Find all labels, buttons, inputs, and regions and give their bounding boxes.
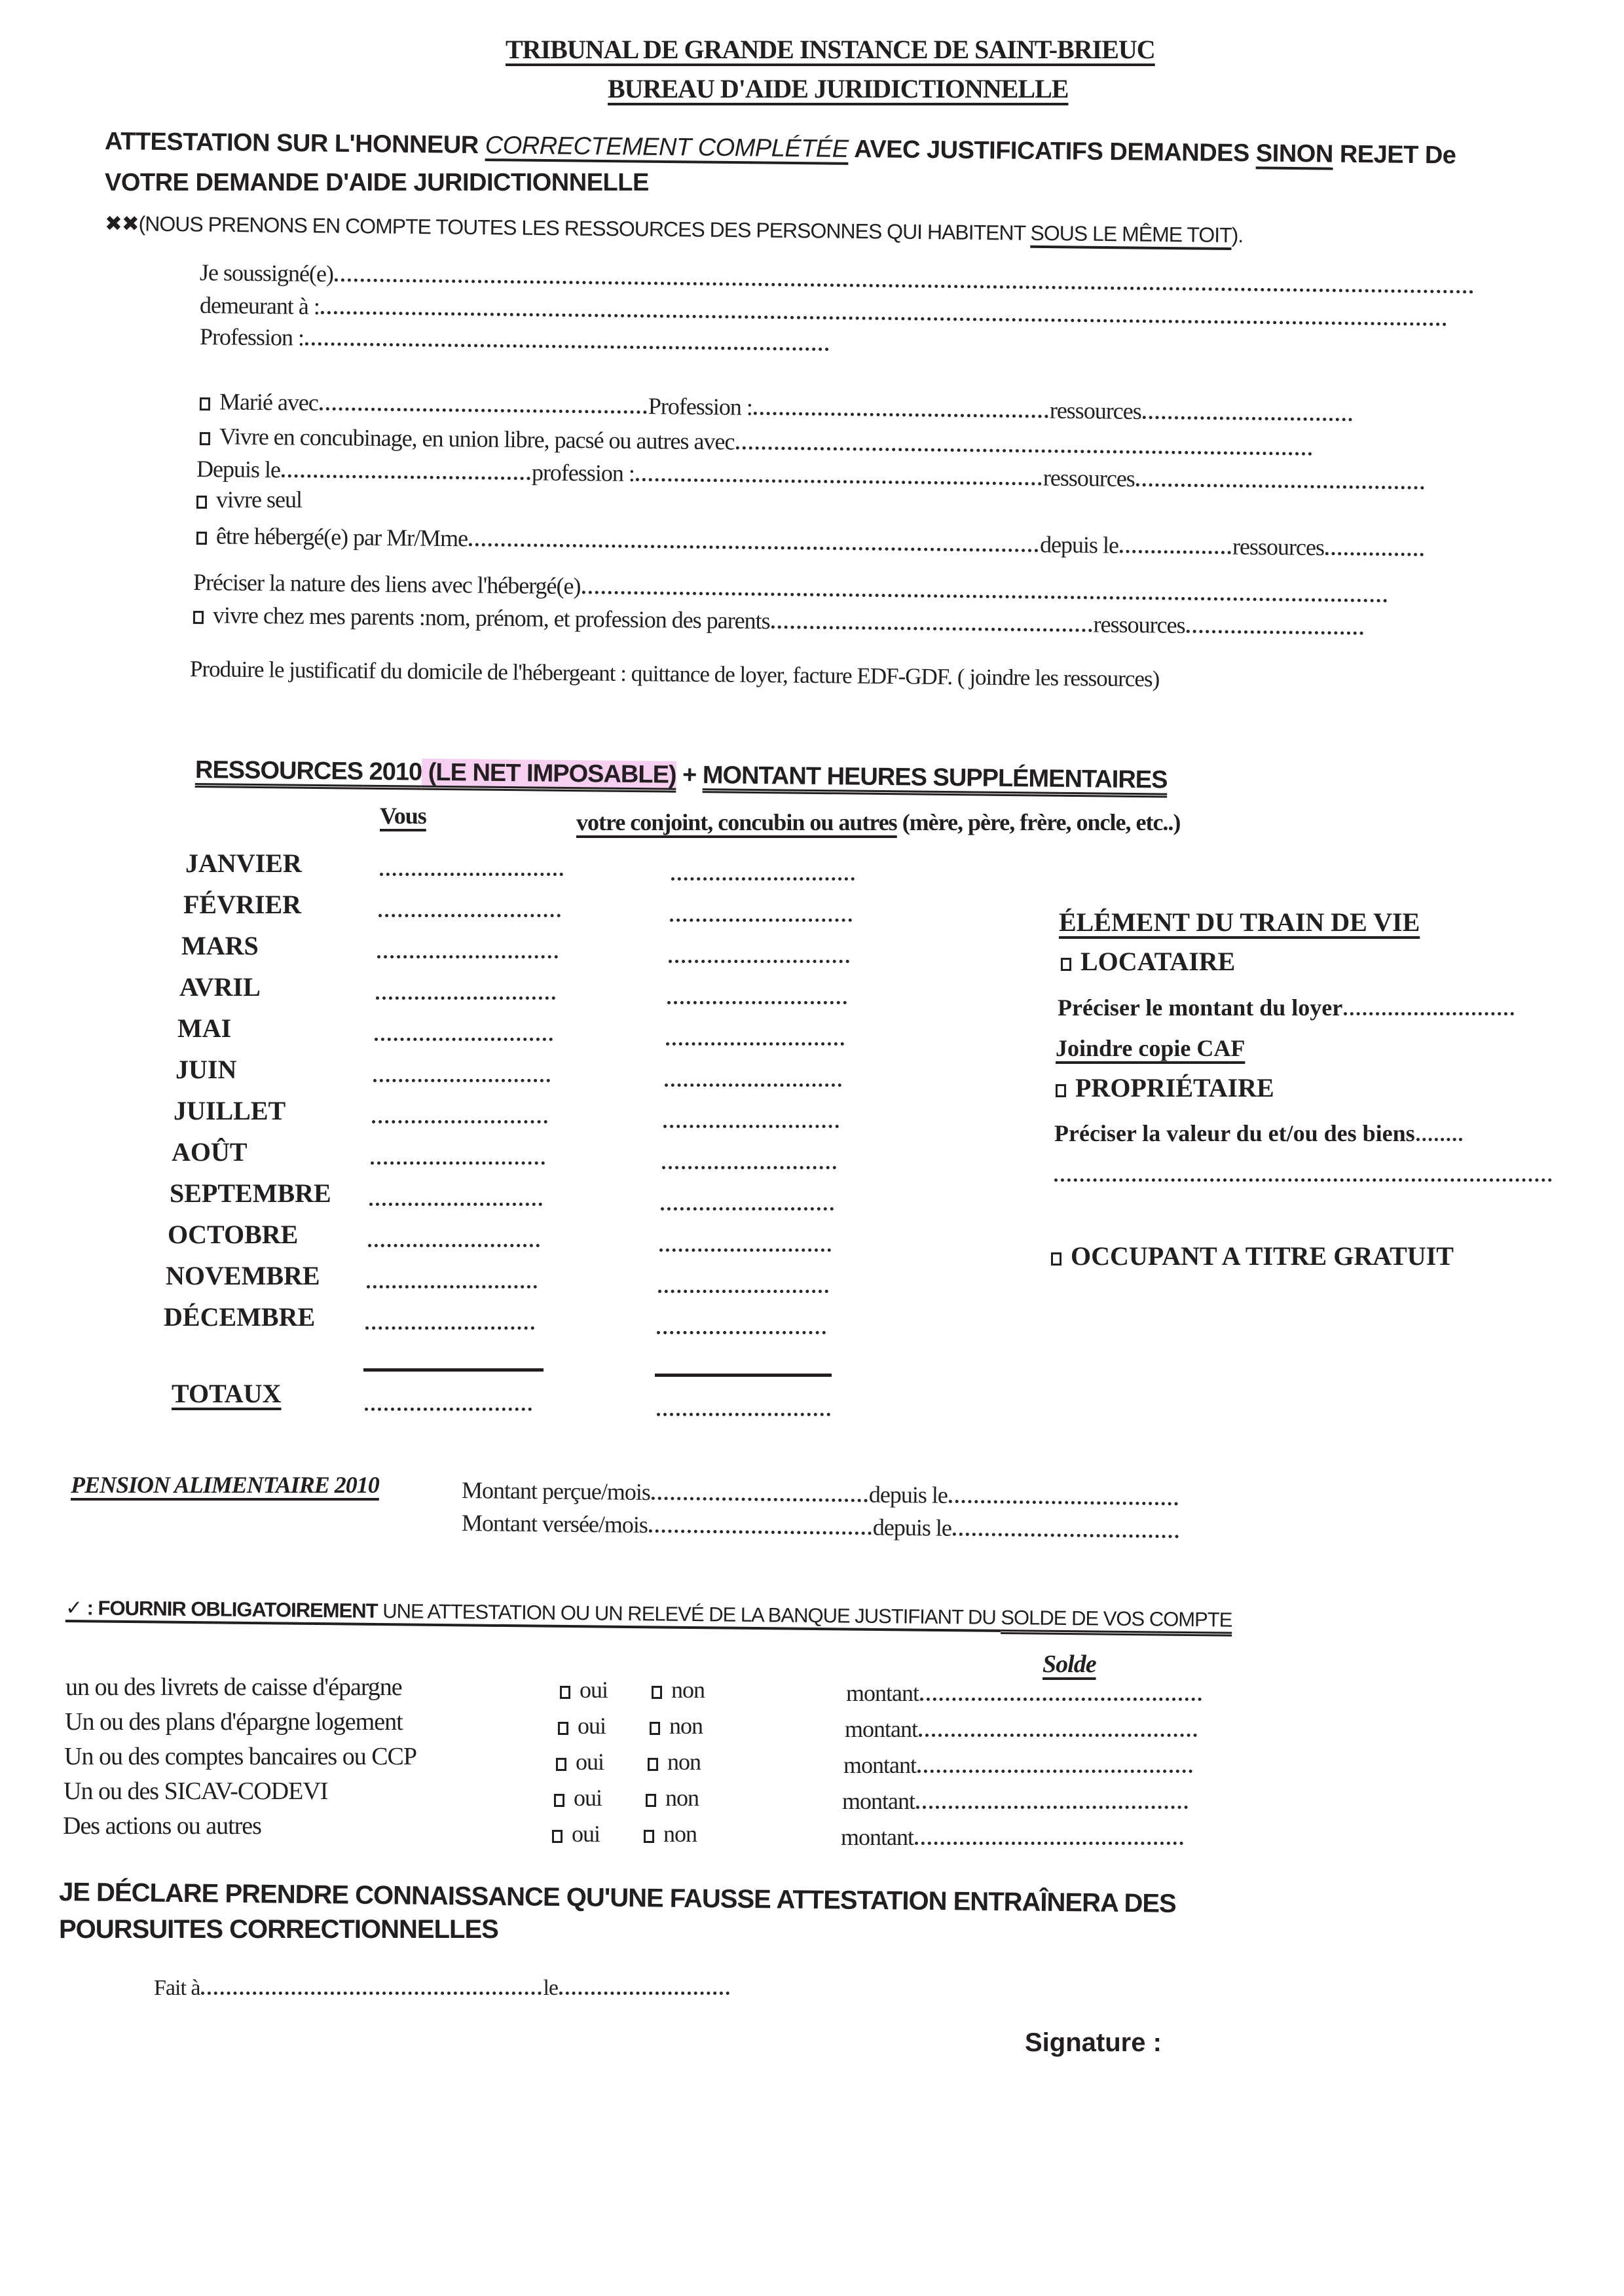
since-profession-field[interactable] (636, 478, 1042, 485)
total-rule-partner (655, 1374, 832, 1377)
resources-title-year: RESSOURCES 2010 (195, 756, 422, 786)
hosted-resources-label: ressources (1232, 534, 1324, 560)
amount-label: montant (845, 1716, 917, 1742)
yes-label: oui (576, 1749, 604, 1775)
month-you-field[interactable] (365, 1326, 534, 1330)
alone-label: vivre seul (216, 486, 302, 513)
totals-label: TOTAUX (172, 1378, 281, 1409)
no-label: non (665, 1785, 699, 1811)
no-checkbox[interactable] (650, 1722, 660, 1735)
bureau-title: BUREAU D'AIDE JURIDICTIONNELLE (608, 73, 1068, 104)
month-you-field[interactable] (369, 1203, 542, 1206)
account-yes-option[interactable]: oui (558, 1712, 606, 1740)
since-resources-field[interactable] (1136, 483, 1424, 490)
alone-checkbox[interactable] (196, 496, 207, 509)
month-partner-field[interactable] (659, 1248, 831, 1252)
month-you-field[interactable] (377, 955, 558, 958)
account-yes-option[interactable]: oui (556, 1748, 604, 1776)
note-end: ). (1231, 223, 1243, 247)
bank-notice-solde: SOLDE DE VOS COMPTE (1001, 1606, 1232, 1631)
alimony-paid-row: Montant versée/moisdepuis le (462, 1509, 1180, 1544)
account-no-option[interactable]: non (650, 1712, 703, 1740)
free-occupant-checkbox[interactable] (1051, 1252, 1061, 1266)
no-checkbox[interactable] (646, 1794, 656, 1807)
account-label: Un ou des plans d'épargne logement (65, 1707, 403, 1736)
lifestyle-title: ÉLÉMENT DU TRAIN DE VIE (1059, 907, 1420, 938)
resources-title-plus: + (676, 761, 703, 789)
yes-checkbox[interactable] (552, 1830, 563, 1843)
month-label: JUIN (175, 1054, 236, 1085)
month-partner-field[interactable] (665, 1084, 841, 1087)
married-label: Marié avec (219, 388, 318, 416)
resources-title: RESSOURCES 2010 (LE NET IMPOSABLE) + MON… (195, 756, 1168, 795)
intro-text: AVEC JUSTIFICATIFS DEMANDES (848, 136, 1256, 168)
account-no-option[interactable]: non (644, 1820, 697, 1848)
month-you-field[interactable] (378, 914, 561, 917)
month-partner-field[interactable] (671, 877, 855, 881)
yes-checkbox[interactable] (556, 1758, 566, 1771)
intro-line1: ATTESTATION SUR L'HONNEUR CORRECTEMENT C… (105, 128, 1456, 170)
hosted-row: être hébergé(e) par Mr/Mmedepuis leresso… (196, 522, 1425, 562)
account-yes-option[interactable]: oui (560, 1676, 608, 1704)
month-partner-field[interactable] (670, 919, 852, 922)
hosted-checkbox[interactable] (196, 532, 207, 545)
hosted-label: être hébergé(e) par Mr/Mme (216, 522, 468, 551)
place-date-row: Fait àle (154, 1976, 731, 2001)
parents-checkbox[interactable] (193, 611, 204, 624)
col-partner-header: votre conjoint, concubin ou autres (mère… (576, 809, 1180, 836)
proof-note: Produire le justificatif du domicile de … (190, 656, 1160, 692)
month-you-field[interactable] (376, 996, 555, 1000)
month-partner-field[interactable] (662, 1166, 836, 1169)
month-partner-field[interactable] (658, 1290, 828, 1293)
intro-note: ✖✖(NOUS PRENONS EN COMPTE TOUTES LES RES… (105, 211, 1244, 247)
yes-label: oui (572, 1821, 600, 1847)
paid-field[interactable] (649, 1529, 872, 1535)
yes-checkbox[interactable] (554, 1794, 564, 1807)
intro-emphasis: CORRECTEMENT COMPLÉTÉE (485, 132, 849, 163)
place-field[interactable] (201, 1992, 542, 1995)
yes-checkbox[interactable] (560, 1686, 570, 1699)
amount-label: montant (846, 1680, 919, 1706)
property-value-label: Préciser la valeur du et/ou des biens (1054, 1120, 1415, 1146)
hosted-since-label: depuis le (1040, 531, 1118, 558)
rent-label: Préciser le montant du loyer (1058, 994, 1342, 1021)
account-amount-field[interactable]: montant (843, 1751, 1194, 1779)
account-label: Un ou des comptes bancaires ou CCP (64, 1742, 416, 1771)
account-label: un ou des livrets de caisse d'épargne (65, 1673, 402, 1702)
rent-field[interactable]: Préciser le montant du loyer (1058, 994, 1515, 1021)
parents-label: vivre chez mes parents :nom, prénom, et … (213, 602, 770, 634)
address-label: demeurant à : (200, 292, 320, 319)
account-amount-field[interactable]: montant (841, 1823, 1185, 1851)
received-label: Montant perçue/mois (462, 1477, 650, 1505)
no-label: non (667, 1749, 701, 1775)
month-label: MAI (177, 1013, 231, 1044)
account-yes-option[interactable]: oui (552, 1820, 600, 1848)
intro-line2: VOTRE DEMANDE D'AIDE JURIDICTIONNELLE (105, 169, 649, 197)
parents-field[interactable] (771, 625, 1092, 632)
no-checkbox[interactable] (652, 1686, 662, 1699)
account-label: Des actions ou autres (63, 1812, 261, 1840)
no-label: non (663, 1821, 697, 1847)
month-label: NOVEMBRE (166, 1260, 320, 1291)
alimony-received-row: Montant perçue/moisdepuis le (462, 1476, 1179, 1511)
concubinage-field[interactable] (735, 446, 1312, 456)
month-you-field[interactable] (372, 1120, 547, 1123)
paid-since-label: depuis le (873, 1514, 951, 1541)
concubinage-label: Vivre en concubinage, en union libre, pa… (219, 423, 735, 454)
bank-notice-strong: ✓ : FOURNIR OBLIGATOIREMENT (65, 1596, 378, 1622)
relation-field[interactable] (581, 591, 1387, 602)
signature-area[interactable] (1179, 2016, 1519, 2115)
note-text: ✖✖(NOUS PRENONS EN COMPTE TOUTES LES RES… (105, 211, 1031, 245)
declaration-line1: JE DÉCLARE PRENDRE CONNAISSANCE QU'UNE F… (59, 1878, 1176, 1919)
month-label: OCTOBRE (168, 1219, 298, 1250)
solde-header: Solde (1043, 1650, 1096, 1679)
no-checkbox[interactable] (644, 1830, 654, 1843)
hosted-since-field[interactable] (1120, 550, 1231, 555)
married-profession-field[interactable] (754, 412, 1048, 418)
concubinage-checkbox[interactable] (200, 432, 210, 445)
note-underlined: SOUS LE MÊME TOIT (1030, 221, 1232, 247)
amount-label: montant (841, 1824, 913, 1850)
property-value-field[interactable]: Préciser la valeur du et/ou des biens (1054, 1120, 1464, 1147)
since-label: Depuis le (196, 456, 280, 483)
account-no-option[interactable]: non (648, 1748, 701, 1776)
alimony-title: PENSION ALIMENTAIRE 2010 (71, 1471, 379, 1499)
parents-resources-field[interactable] (1186, 630, 1363, 635)
tenant-checkbox[interactable] (1061, 958, 1071, 971)
free-occupant-option: OCCUPANT A TITRE GRATUIT (1051, 1241, 1454, 1271)
married-with-field[interactable] (320, 407, 647, 414)
month-you-field[interactable] (380, 873, 563, 876)
tenant-label: LOCATAIRE (1080, 947, 1235, 976)
col-you-header: Vous (380, 802, 426, 829)
month-you-field[interactable] (373, 1079, 550, 1082)
owner-label: PROPRIÉTAIRE (1075, 1073, 1274, 1102)
month-you-field[interactable] (375, 1038, 553, 1041)
alone-row: vivre seul (196, 486, 302, 513)
month-partner-field[interactable] (667, 1001, 847, 1004)
declaration-line2: POURSUITES CORRECTIONNELLES (59, 1915, 498, 1944)
total-you-field[interactable] (365, 1408, 532, 1411)
month-partner-field[interactable] (657, 1331, 826, 1334)
court-title: TRIBUNAL DE GRANDE INSTANCE DE SAINT-BRI… (506, 34, 1155, 65)
intro-text: ATTESTATION SUR L'HONNEUR (105, 128, 485, 159)
received-field[interactable] (652, 1497, 868, 1502)
paid-label: Montant versée/mois (462, 1510, 648, 1538)
intro-sinon: SINON (1256, 139, 1333, 168)
month-partner-field[interactable] (669, 960, 849, 963)
received-since-label: depuis le (869, 1482, 948, 1508)
hosted-resources-field[interactable] (1325, 552, 1424, 556)
amount-label: montant (842, 1788, 915, 1814)
total-partner-field[interactable] (657, 1413, 830, 1416)
married-row: Marié avecProfession :ressources (200, 388, 1354, 427)
account-no-option[interactable]: non (652, 1676, 705, 1704)
total-rule-you (363, 1368, 544, 1372)
married-checkbox[interactable] (200, 397, 210, 410)
bank-notice-text: UNE ATTESTATION OU UN RELEVÉ DE LA BANQU… (377, 1599, 1001, 1629)
intro-text: REJET De (1333, 141, 1456, 170)
month-label: FÉVRIER (183, 889, 301, 920)
month-partner-field[interactable] (663, 1125, 839, 1128)
account-yes-option[interactable]: oui (554, 1784, 602, 1812)
yes-checkbox[interactable] (558, 1722, 568, 1735)
col-partner-note: (mère, père, frère, oncle, etc..) (897, 809, 1181, 835)
owner-checkbox[interactable] (1056, 1084, 1066, 1097)
account-amount-field[interactable]: montant (845, 1715, 1198, 1743)
paid-since-field[interactable] (953, 1533, 1179, 1539)
resources-title-overtime: MONTANT HEURES SUPPLÉMENTAIRES (703, 761, 1168, 793)
month-label: JANVIER (185, 848, 302, 879)
relation-label: Préciser la nature des liens avec l'hébe… (193, 569, 581, 599)
since-resources-label: ressources (1043, 465, 1135, 492)
since-profession-label: profession : (532, 459, 635, 486)
parents-resources-label: ressources (1093, 611, 1185, 638)
month-label: AVRIL (179, 972, 261, 1002)
month-label: SEPTEMBRE (170, 1178, 331, 1209)
free-occupant-label: OCCUPANT A TITRE GRATUIT (1071, 1241, 1454, 1271)
date-field[interactable] (559, 1992, 729, 1995)
yes-label: oui (578, 1713, 606, 1739)
resources-title-net: (LE NET IMPOSABLE) (422, 759, 676, 789)
no-checkbox[interactable] (648, 1758, 658, 1771)
place-label: Fait à (154, 1976, 200, 2000)
bank-notice: ✓ : FOURNIR OBLIGATOIREMENT UNE ATTESTAT… (65, 1596, 1232, 1632)
month-partner-field[interactable] (661, 1207, 834, 1211)
hosted-by-field[interactable] (469, 543, 1039, 552)
month-label: JUILLET (174, 1095, 286, 1126)
signature-label: Signature : (1025, 2028, 1162, 2058)
profession-field[interactable]: Profession : (200, 323, 830, 357)
yes-label: oui (574, 1785, 602, 1811)
month-you-field[interactable] (367, 1285, 537, 1288)
month-label: MARS (181, 930, 259, 961)
yes-label: oui (580, 1677, 608, 1703)
property-value-extra-field[interactable] (1054, 1178, 1552, 1182)
account-amount-field[interactable]: montant (846, 1679, 1203, 1707)
month-you-field[interactable] (371, 1161, 545, 1165)
tenant-option: LOCATAIRE (1061, 946, 1235, 977)
name-label: Je soussigné(e) (200, 259, 333, 287)
account-amount-field[interactable]: montant (842, 1787, 1189, 1815)
since-row: Depuis leprofession :ressources (196, 455, 1426, 496)
married-resources-label: ressources (1050, 397, 1141, 424)
amount-label: montant (843, 1752, 916, 1778)
month-label: DÉCEMBRE (164, 1302, 315, 1332)
concubinage-row: Vivre en concubinage, en union libre, pa… (200, 422, 1314, 462)
month-label: AOÛT (172, 1137, 248, 1167)
col-partner-label: votre conjoint, concubin ou autres (576, 809, 897, 835)
month-partner-field[interactable] (666, 1042, 844, 1046)
account-no-option[interactable]: non (646, 1784, 699, 1812)
account-label: Un ou des SICAV-CODEVI (64, 1777, 327, 1806)
since-field[interactable] (282, 474, 530, 480)
date-label: le (543, 1976, 558, 2000)
caf-note: Joindre copie CAF (1056, 1034, 1245, 1062)
no-label: non (671, 1677, 705, 1703)
married-resources-field[interactable] (1143, 416, 1352, 421)
profession-label: Profession : (200, 323, 304, 351)
no-label: non (669, 1713, 703, 1739)
month-you-field[interactable] (368, 1244, 540, 1247)
owner-option: PROPRIÉTAIRE (1056, 1072, 1274, 1103)
married-profession-label: Profession : (648, 393, 752, 420)
parents-row: vivre chez mes parents :nom, prénom, et … (193, 601, 1365, 641)
received-since-field[interactable] (949, 1500, 1178, 1506)
